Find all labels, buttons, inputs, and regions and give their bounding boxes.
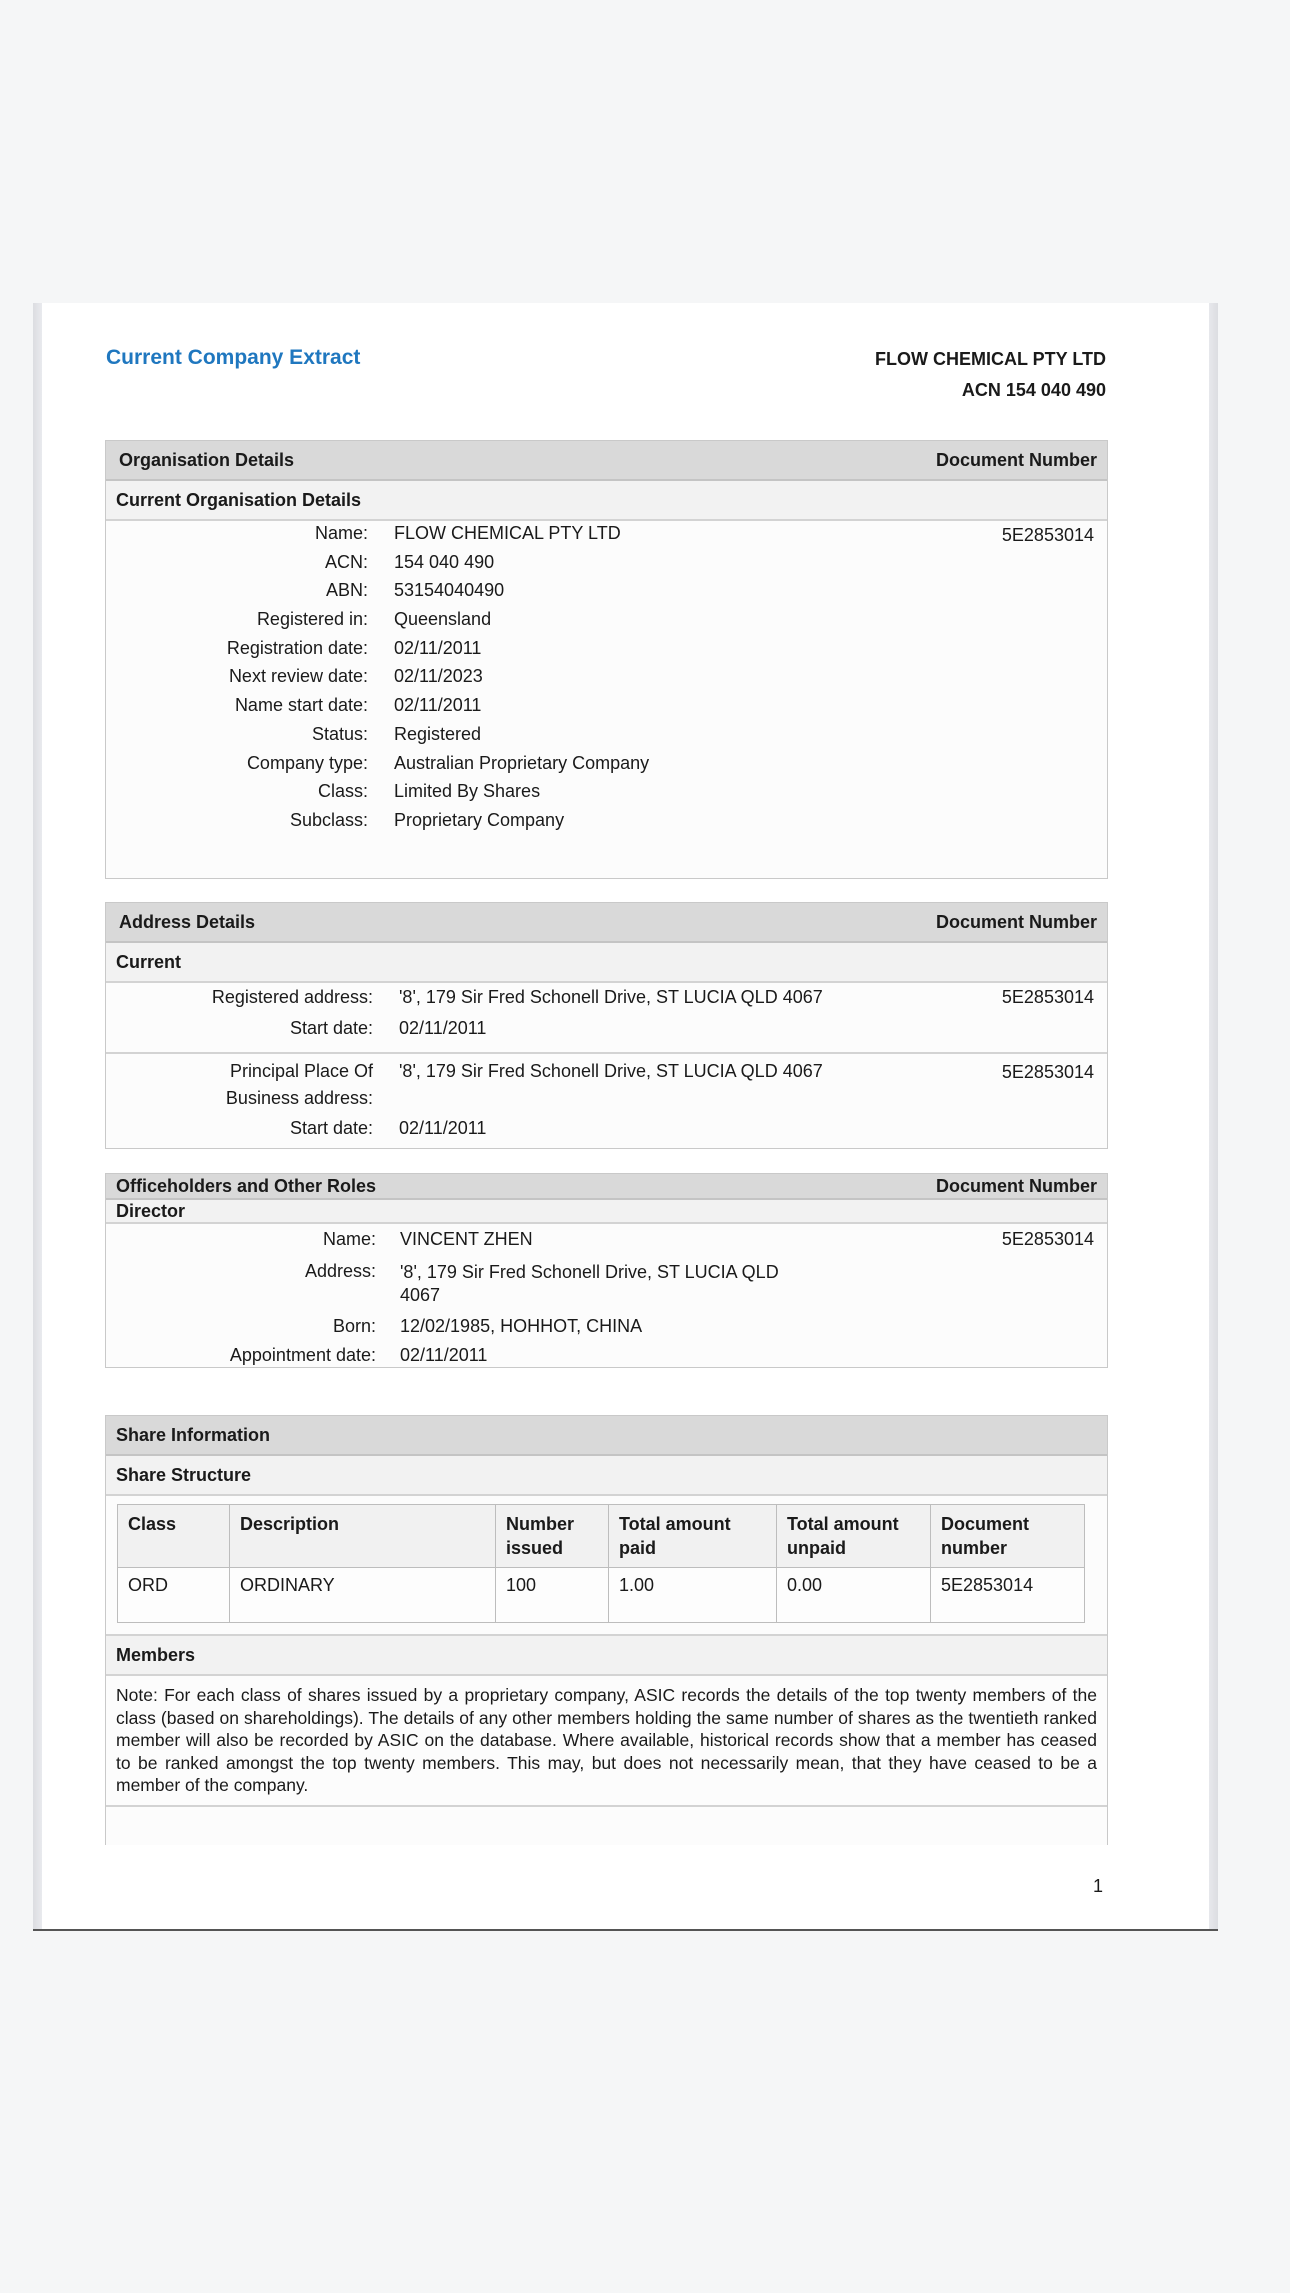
share-structure-subheader: Share Structure xyxy=(106,1456,1107,1496)
organisation-details-section: Organisation Details Document Number Cur… xyxy=(105,440,1108,879)
field-label: Registration date: xyxy=(106,638,368,659)
field-value: 154 040 490 xyxy=(394,552,494,573)
field-label: Status: xyxy=(106,724,368,745)
principal-address-label: Principal Place Of Business address: xyxy=(106,1058,373,1112)
field-label: Registered in: xyxy=(106,609,368,630)
field-value: 02/11/2011 xyxy=(394,695,481,716)
field-value: Limited By Shares xyxy=(394,781,540,802)
born-value: 12/02/1985, HOHHOT, CHINA xyxy=(400,1316,642,1337)
column-header: Class xyxy=(118,1505,230,1568)
director-address-label: Address: xyxy=(106,1261,376,1282)
start-date-value: 02/11/2011 xyxy=(399,1118,486,1139)
born-label: Born: xyxy=(106,1316,376,1337)
director-address-value: '8', 179 Sir Fred Schonell Drive, ST LUC… xyxy=(400,1261,779,1307)
start-date-value: 02/11/2011 xyxy=(399,1018,486,1039)
document-number: 5E2853014 xyxy=(1002,1229,1094,1250)
field-value: Registered xyxy=(394,724,481,745)
address-details-header: Address Details Document Number xyxy=(106,903,1107,943)
start-date-label: Start date: xyxy=(106,1118,373,1139)
principal-place-of-business-group: Principal Place Of Business address: '8'… xyxy=(106,1054,1107,1150)
director-name-label: Name: xyxy=(106,1229,376,1250)
column-header: Numberissued xyxy=(496,1505,609,1568)
page-edge-left xyxy=(33,303,42,1929)
table-header-row: ClassDescriptionNumberissuedTotal amount… xyxy=(118,1505,1085,1568)
share-structure-table: ClassDescriptionNumberissuedTotal amount… xyxy=(117,1504,1085,1623)
current-organisation-details-subheader: Current Organisation Details xyxy=(106,481,1107,521)
officeholders-section: Officeholders and Other Roles Document N… xyxy=(105,1173,1108,1368)
table-cell: 100 xyxy=(496,1568,609,1623)
organisation-field-row: Name start date:02/11/2011 xyxy=(106,695,1107,724)
field-value: Australian Proprietary Company xyxy=(394,753,649,774)
column-header: Description xyxy=(230,1505,496,1568)
field-label: ABN: xyxy=(106,580,368,601)
table-cell: ORDINARY xyxy=(230,1568,496,1623)
organisation-field-row: Company type:Australian Proprietary Comp… xyxy=(106,753,1107,782)
share-information-section: Share Information Share Structure ClassD… xyxy=(105,1415,1108,1845)
organisation-fields: 5E2853014 Name:FLOW CHEMICAL PTY LTDACN:… xyxy=(106,521,1107,839)
field-label: Next review date: xyxy=(106,666,368,687)
document-number-column-header: Document Number xyxy=(936,450,1097,471)
registered-address-label: Registered address: xyxy=(106,987,373,1008)
column-header: Total amountunpaid xyxy=(777,1505,931,1568)
section-title: Officeholders and Other Roles xyxy=(116,1176,376,1197)
principal-address-value: '8', 179 Sir Fred Schonell Drive, ST LUC… xyxy=(399,1058,823,1085)
table-cell: ORD xyxy=(118,1568,230,1623)
organisation-field-row: Name:FLOW CHEMICAL PTY LTD xyxy=(106,523,1107,552)
field-label: Class: xyxy=(106,781,368,802)
company-acn: ACN 154 040 490 xyxy=(875,375,1106,406)
company-heading: FLOW CHEMICAL PTY LTD ACN 154 040 490 xyxy=(875,344,1106,406)
column-header: Total amountpaid xyxy=(609,1505,777,1568)
organisation-field-row: Next review date:02/11/2023 xyxy=(106,666,1107,695)
director-name-value: VINCENT ZHEN xyxy=(400,1229,533,1250)
document-number: 5E2853014 xyxy=(1002,525,1094,546)
organisation-field-row: Subclass:Proprietary Company xyxy=(106,810,1107,839)
field-value: FLOW CHEMICAL PTY LTD xyxy=(394,523,621,544)
company-name: FLOW CHEMICAL PTY LTD xyxy=(875,344,1106,375)
start-date-label: Start date: xyxy=(106,1018,373,1039)
table-cell: 1.00 xyxy=(609,1568,777,1623)
column-header: Documentnumber xyxy=(931,1505,1085,1568)
field-value: 53154040490 xyxy=(394,580,504,601)
field-value: Proprietary Company xyxy=(394,810,564,831)
page-edge-right xyxy=(1209,303,1218,1929)
director-subheader: Director xyxy=(106,1200,1107,1224)
organisation-field-row: ACN:154 040 490 xyxy=(106,552,1107,581)
section-title: Organisation Details xyxy=(119,450,294,471)
address-fields: Registered address: '8', 179 Sir Fred Sc… xyxy=(106,983,1107,1150)
document-number-column-header: Document Number xyxy=(936,1176,1097,1197)
organisation-field-row: Status:Registered xyxy=(106,724,1107,753)
document-number: 5E2853014 xyxy=(1002,1062,1094,1083)
table-cell: 0.00 xyxy=(777,1568,931,1623)
registered-address-value: '8', 179 Sir Fred Schonell Drive, ST LUC… xyxy=(399,987,823,1008)
document-number-column-header: Document Number xyxy=(936,912,1097,933)
appointment-date-value: 02/11/2011 xyxy=(400,1345,487,1366)
registered-address-group: Registered address: '8', 179 Sir Fred Sc… xyxy=(106,983,1107,1054)
organisation-details-header: Organisation Details Document Number xyxy=(106,441,1107,481)
members-note: Note: For each class of shares issued by… xyxy=(106,1676,1107,1807)
director-fields: Name: VINCENT ZHEN 5E2853014 Address: '8… xyxy=(106,1224,1107,1369)
document-number: 5E2853014 xyxy=(1002,987,1094,1008)
field-value: 02/11/2011 xyxy=(394,638,481,659)
table-row: ORDORDINARY1001.000.005E2853014 xyxy=(118,1568,1085,1623)
field-value: 02/11/2023 xyxy=(394,666,483,687)
page-number: 1 xyxy=(1093,1876,1103,1897)
field-label: Subclass: xyxy=(106,810,368,831)
share-information-header: Share Information xyxy=(106,1416,1107,1456)
field-label: Company type: xyxy=(106,753,368,774)
organisation-field-row: ABN:53154040490 xyxy=(106,580,1107,609)
members-subheader: Members xyxy=(106,1636,1107,1676)
field-label: Name: xyxy=(106,523,368,544)
officeholders-header: Officeholders and Other Roles Document N… xyxy=(106,1174,1107,1200)
share-structure-body: ClassDescriptionNumberissuedTotal amount… xyxy=(106,1504,1107,1636)
section-title: Address Details xyxy=(119,912,255,933)
section-title: Share Information xyxy=(116,1425,270,1446)
table-cell: 5E2853014 xyxy=(931,1568,1085,1623)
address-details-section: Address Details Document Number Current … xyxy=(105,902,1108,1149)
appointment-date-label: Appointment date: xyxy=(106,1345,376,1366)
current-address-subheader: Current xyxy=(106,943,1107,983)
organisation-field-row: Registration date:02/11/2011 xyxy=(106,638,1107,667)
document-title: Current Company Extract xyxy=(106,346,360,370)
organisation-field-row: Class:Limited By Shares xyxy=(106,781,1107,810)
field-label: ACN: xyxy=(106,552,368,573)
organisation-field-row: Registered in:Queensland xyxy=(106,609,1107,638)
field-label: Name start date: xyxy=(106,695,368,716)
field-value: Queensland xyxy=(394,609,491,630)
